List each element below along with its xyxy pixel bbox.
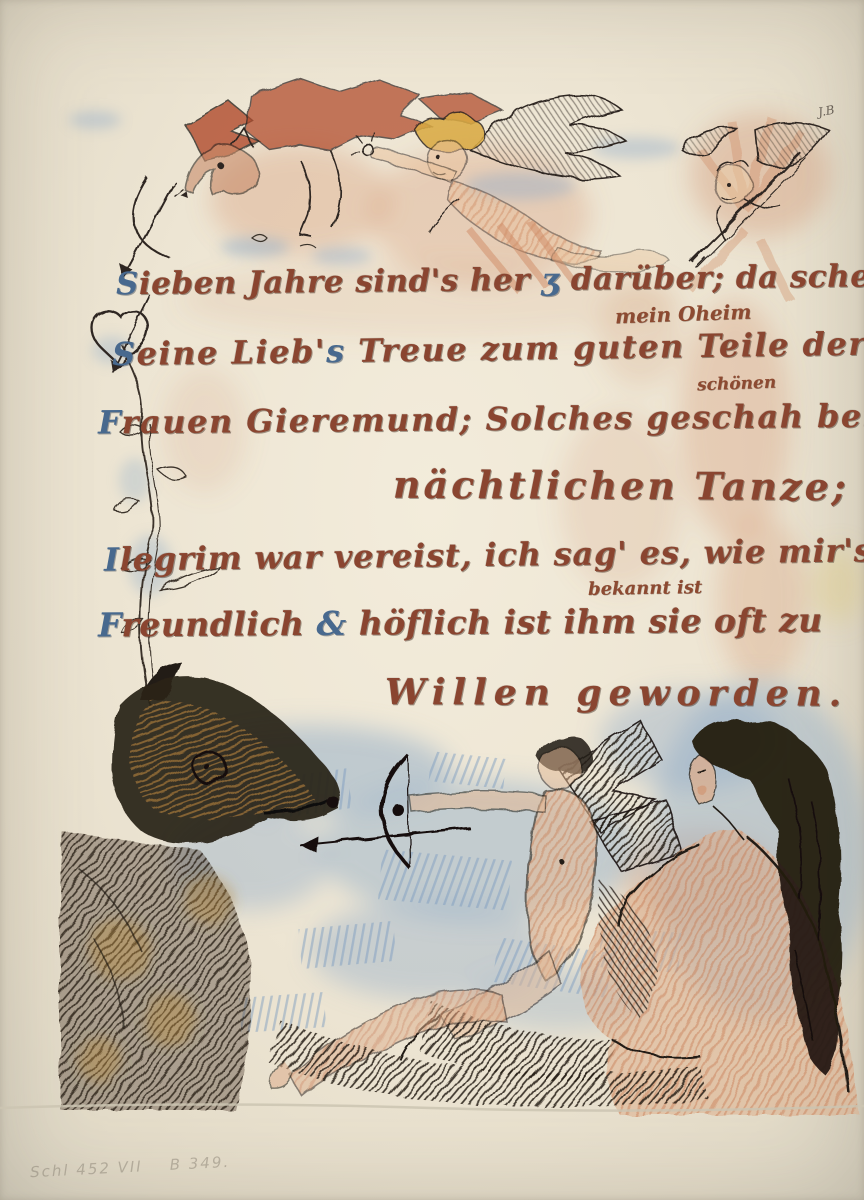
verse-initial: S xyxy=(112,335,137,373)
cupid-archer-figure xyxy=(300,720,682,1082)
red-chalk-smudges xyxy=(163,113,864,930)
verse-initial: F xyxy=(98,403,122,441)
annotation-mein-oheim: mein Oheim xyxy=(615,300,752,329)
verse-line-6: Freundlich & höflich ist ihm sie oft zu xyxy=(98,600,823,644)
verse-text: nächtlichen Tanze; xyxy=(393,462,849,509)
annotation-schoenen: schönen xyxy=(697,373,777,396)
verse-text: darüber; da schenkte xyxy=(559,258,864,298)
verse-line-3: Frauen Gieremund; Solches geschah beim xyxy=(98,396,864,441)
verse-line-5: Ilegrim war vereist, ich sag' es, wie mi… xyxy=(104,531,864,578)
lithograph-sheet: Sieben Jahre sind's her ʒ darüber; da sc… xyxy=(0,0,864,1200)
winged-fox-figure xyxy=(118,78,502,278)
verse-line-1: Sieben Jahre sind's her ʒ darüber; da sc… xyxy=(116,258,864,303)
verse-text: legrim war vereist, ich sag' es, wie mir… xyxy=(120,531,864,578)
blue-wash xyxy=(170,680,864,1030)
verse-text: rauen Gieremund; Solches geschah beim xyxy=(122,396,864,441)
annotation-bekannt-ist: bekannt ist xyxy=(588,577,703,600)
artist-mark: J.B xyxy=(817,103,836,120)
verse-text: reundlich xyxy=(121,604,316,644)
verse-und-glyph: ʒ xyxy=(541,262,559,298)
lithograph-illustration xyxy=(0,0,864,1200)
wolf-figure xyxy=(60,662,340,1110)
paper-deckle-edge xyxy=(0,1105,864,1111)
verse-blue-s: s xyxy=(326,332,346,370)
verse-text: eine Lieb' xyxy=(136,332,326,373)
nude-figure xyxy=(580,721,860,1115)
verse-line-7: Willen geworden. xyxy=(385,671,848,715)
blue-hatch-water xyxy=(239,751,681,1033)
verse-und-glyph: & xyxy=(316,604,347,643)
verse-text: Treue zum guten Teile der xyxy=(345,325,864,370)
vine-border xyxy=(114,345,220,705)
foreground-hatching xyxy=(268,990,710,1108)
verse-text: Willen geworden. xyxy=(385,671,848,715)
verse-text: ieben Jahre sind's her xyxy=(139,262,542,302)
verse-initial: I xyxy=(104,541,120,579)
verse-initial: S xyxy=(116,266,139,302)
verse-line-4: nächtlichen Tanze; xyxy=(393,462,849,509)
bottom-illustration xyxy=(0,662,864,1115)
ink-squiggle xyxy=(252,235,316,249)
verse-text: höflich ist ihm sie oft zu xyxy=(347,600,823,642)
verse-line-2: Seine Lieb's Treue zum guten Teile der xyxy=(112,325,864,374)
pencil-inscription: Schl 452 VII B 349. xyxy=(30,1153,231,1181)
verse-initial: F xyxy=(98,605,122,644)
